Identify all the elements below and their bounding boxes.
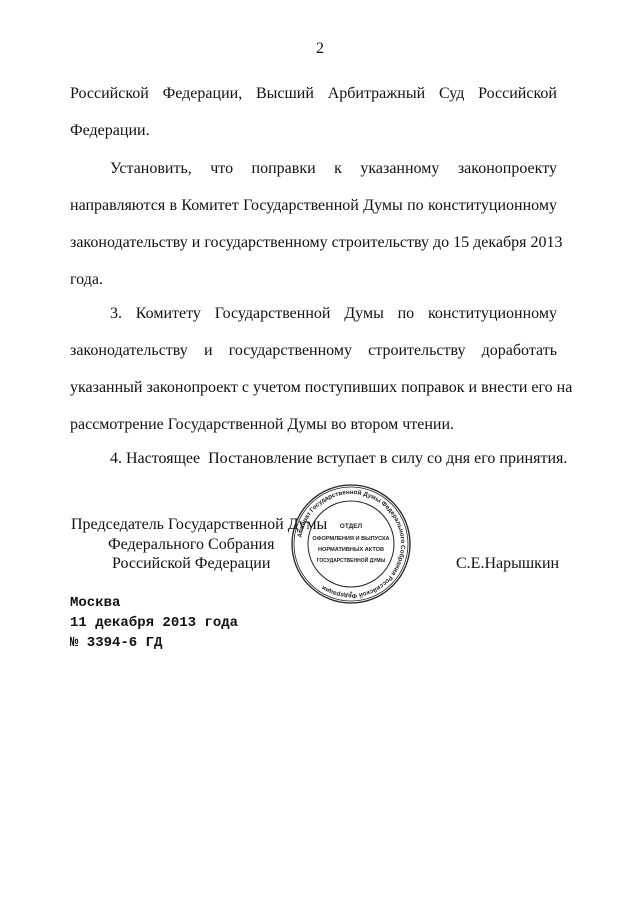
paragraph-2-line-1: Установить, что поправки к указанному за… xyxy=(110,159,557,179)
paragraph-2-line-4: года. xyxy=(70,270,557,290)
paragraph-2-line-2: направляются в Комитет Государственной Д… xyxy=(70,196,557,216)
stamp-inner-line-3: НОРМАТИВНЫХ АКТОВ xyxy=(318,547,384,553)
paragraph-3-line-3: указанный законопроект с учетом поступив… xyxy=(70,378,557,398)
official-stamp: Аппарат Государственной Думы Федеральног… xyxy=(290,483,412,605)
paragraph-2-line-3: законодательству и государственному стро… xyxy=(70,233,557,253)
paragraph-4: 4. Настоящее Постановление вступает в си… xyxy=(110,449,557,469)
stamp-inner-line-1: ОТДЕЛ xyxy=(340,523,363,530)
footer-document-number: № 3394-6 ГД xyxy=(70,633,162,653)
stamp-inner-line-2: ОФОРМЛЕНИЯ И ВЫПУСКА xyxy=(312,536,389,542)
page-number: 2 xyxy=(0,40,640,58)
stamp-star-icon: * xyxy=(349,590,352,599)
stamp-inner-line-4: ГОСУДАРСТВЕННОЙ ДУМЫ xyxy=(317,556,386,564)
signatory-title-line-3: Российской Федерации xyxy=(112,554,270,574)
paragraph-3-line-4: рассмотрение Государственной Думы во вто… xyxy=(70,415,557,435)
paragraph-3-line-1: 3. Комитету Государственной Думы по конс… xyxy=(110,304,557,324)
footer-city: Москва xyxy=(70,593,120,613)
paragraph-3-line-2: законодательству и государственному стро… xyxy=(70,341,557,361)
signatory-title-line-1: Председатель Государственной Думы xyxy=(71,515,327,535)
paragraph-1-line-2: Федерации. xyxy=(70,121,557,141)
svg-text:Аппарат Государственной Думы Ф: Аппарат Государственной Думы Федеральног… xyxy=(296,488,406,599)
signatory-title-line-2: Федерального Собрания xyxy=(108,535,274,555)
footer-date: 11 декабря 2013 года xyxy=(70,613,238,633)
stamp-outer-text: Аппарат Государственной Думы Федеральног… xyxy=(296,488,406,599)
paragraph-1-line-1: Российской Федерации, Высший Арбитражный… xyxy=(70,84,557,104)
signatory-name: С.Е.Нарышкин xyxy=(456,554,559,574)
